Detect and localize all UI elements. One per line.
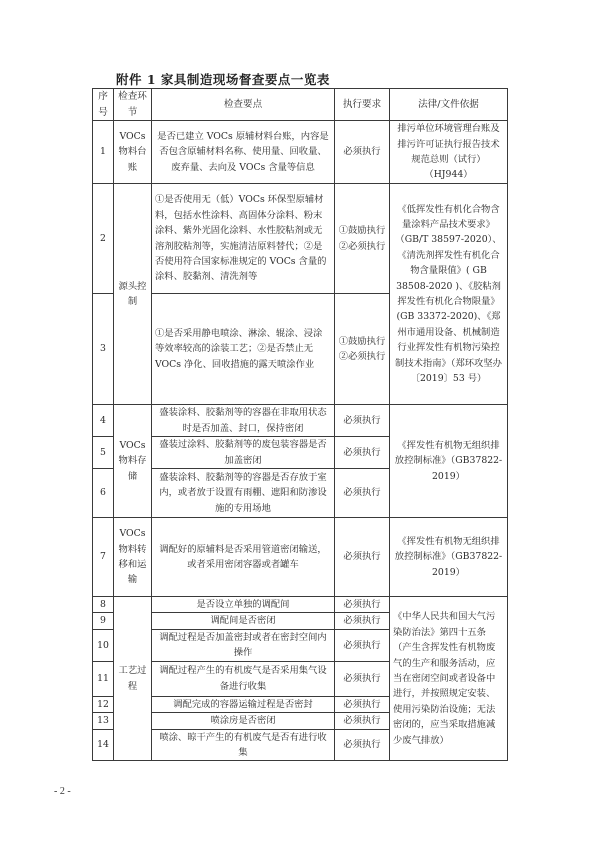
legal-basis: 《中华人民共和国大气污染防治法》第四十五条（产生含挥发性有机物废气的生产和服务活… bbox=[390, 597, 508, 761]
table-row: 1 VOCs物料台账 是否已建立 VOCs 原辅材料台账，内容是否包含原辅材料名… bbox=[93, 121, 508, 184]
check-point: 盛装涂料、胶黏剂等的容器是否存放于室内，或者放于设置有雨棚、遮阳和防渗设施的专用… bbox=[152, 469, 335, 518]
requirement: 必须执行 bbox=[335, 437, 390, 469]
stage-cell: VOCs物料台账 bbox=[114, 121, 152, 184]
requirement: 必须执行 bbox=[335, 405, 390, 437]
header-point: 检查要点 bbox=[152, 89, 335, 121]
row-seq: 3 bbox=[93, 294, 114, 405]
requirement: ①鼓励执行 ②必须执行 bbox=[335, 294, 390, 405]
inspection-table: 序号 检查环节 检查要点 执行要求 法律/文件依据 1 VOCs物料台账 是否已… bbox=[92, 88, 508, 761]
check-point: 调配过程产生的有机废气是否采用集气设备进行收集 bbox=[152, 661, 335, 696]
requirement: 必须执行 bbox=[335, 713, 390, 729]
stage-cell: 工艺过程 bbox=[114, 597, 152, 761]
stage-cell: VOCs物料存储 bbox=[114, 405, 152, 518]
check-point: 调配完成的容器运输过程是否密封 bbox=[152, 696, 335, 712]
requirement: 必须执行 bbox=[335, 661, 390, 696]
legal-basis: 《挥发性有机物无组织排放控制标准》（GB37822-2019） bbox=[390, 405, 508, 518]
check-point: 喷涂、晾干产生的有机废气是否有进行收集 bbox=[152, 729, 335, 761]
row-seq: 7 bbox=[93, 518, 114, 597]
document-title: 附件 1 家具制造现场督查要点一览表 bbox=[116, 70, 330, 88]
table-row: 2 源头控制 ①是否使用无（低）VOCs 环保型原辅材料，包括水性涂料、高固体分… bbox=[93, 184, 508, 294]
table-header-row: 序号 检查环节 检查要点 执行要求 法律/文件依据 bbox=[93, 89, 508, 121]
table-row: 8 工艺过程 是否设立单独的调配间 必须执行 《中华人民共和国大气污染防治法》第… bbox=[93, 597, 508, 613]
row-seq: 11 bbox=[93, 661, 114, 696]
check-point: 盛装过涂料、胶黏剂等的废包装容器是否加盖密闭 bbox=[152, 437, 335, 469]
check-point: ①是否使用无（低）VOCs 环保型原辅材料，包括水性涂料、高固体分涂料、粉末涂料… bbox=[152, 184, 335, 294]
requirement: 必须执行 bbox=[335, 469, 390, 518]
requirement: 必须执行 bbox=[335, 518, 390, 597]
legal-basis: 《挥发性有机物无组织排放控制标准》（GB37822-2019） bbox=[390, 518, 508, 597]
check-point: 调配过程是否加盖密封或者在密封空间内操作 bbox=[152, 629, 335, 661]
check-point: 调配间是否密闭 bbox=[152, 613, 335, 629]
row-seq: 5 bbox=[93, 437, 114, 469]
legal-basis: 排污单位环境管理台账及排污许可证执行报告技术规范总则（试行）（HJ944） bbox=[390, 121, 508, 184]
stage-cell: 源头控制 bbox=[114, 184, 152, 405]
row-seq: 6 bbox=[93, 469, 114, 518]
row-seq: 12 bbox=[93, 696, 114, 712]
check-point: 是否已建立 VOCs 原辅材料台账，内容是否包含原辅材料名称、使用量、回收量、废… bbox=[152, 121, 335, 184]
row-seq: 8 bbox=[93, 597, 114, 613]
row-seq: 9 bbox=[93, 613, 114, 629]
row-seq: 2 bbox=[93, 184, 114, 294]
requirement: 必须执行 bbox=[335, 696, 390, 712]
row-seq: 14 bbox=[93, 729, 114, 761]
header-requirement: 执行要求 bbox=[335, 89, 390, 121]
stage-cell: VOCs物料转移和运输 bbox=[114, 518, 152, 597]
page-number: - 2 - bbox=[54, 786, 71, 797]
requirement: 必须执行 bbox=[335, 613, 390, 629]
requirement: ①鼓励执行 ②必须执行 bbox=[335, 184, 390, 294]
check-point: 调配好的原辅料是否采用管道密闭输送，或者采用密闭容器或者罐车 bbox=[152, 518, 335, 597]
check-point: 是否设立单独的调配间 bbox=[152, 597, 335, 613]
check-point: 喷涂房是否密闭 bbox=[152, 713, 335, 729]
row-seq: 13 bbox=[93, 713, 114, 729]
table-row: 4 VOCs物料存储 盛装涂料、胶黏剂等的容器在非取用状态时是否加盖、封口，保持… bbox=[93, 405, 508, 437]
row-seq: 1 bbox=[93, 121, 114, 184]
header-stage: 检查环节 bbox=[114, 89, 152, 121]
header-seq: 序号 bbox=[93, 89, 114, 121]
requirement: 必须执行 bbox=[335, 729, 390, 761]
row-seq: 4 bbox=[93, 405, 114, 437]
header-basis: 法律/文件依据 bbox=[390, 89, 508, 121]
check-point: 盛装涂料、胶黏剂等的容器在非取用状态时是否加盖、封口，保持密闭 bbox=[152, 405, 335, 437]
row-seq: 10 bbox=[93, 629, 114, 661]
check-point: ①是否采用静电喷涂、淋涂、辊涂、浸涂等效率较高的涂装工艺；②是否禁止无 VOCs… bbox=[152, 294, 335, 405]
requirement: 必须执行 bbox=[335, 121, 390, 184]
requirement: 必须执行 bbox=[335, 597, 390, 613]
table-row: 7 VOCs物料转移和运输 调配好的原辅料是否采用管道密闭输送，或者采用密闭容器… bbox=[93, 518, 508, 597]
legal-basis: 《低挥发性有机化合物含量涂料产品技术要求》（GB/T 38597-2020）、《… bbox=[390, 184, 508, 405]
requirement: 必须执行 bbox=[335, 629, 390, 661]
